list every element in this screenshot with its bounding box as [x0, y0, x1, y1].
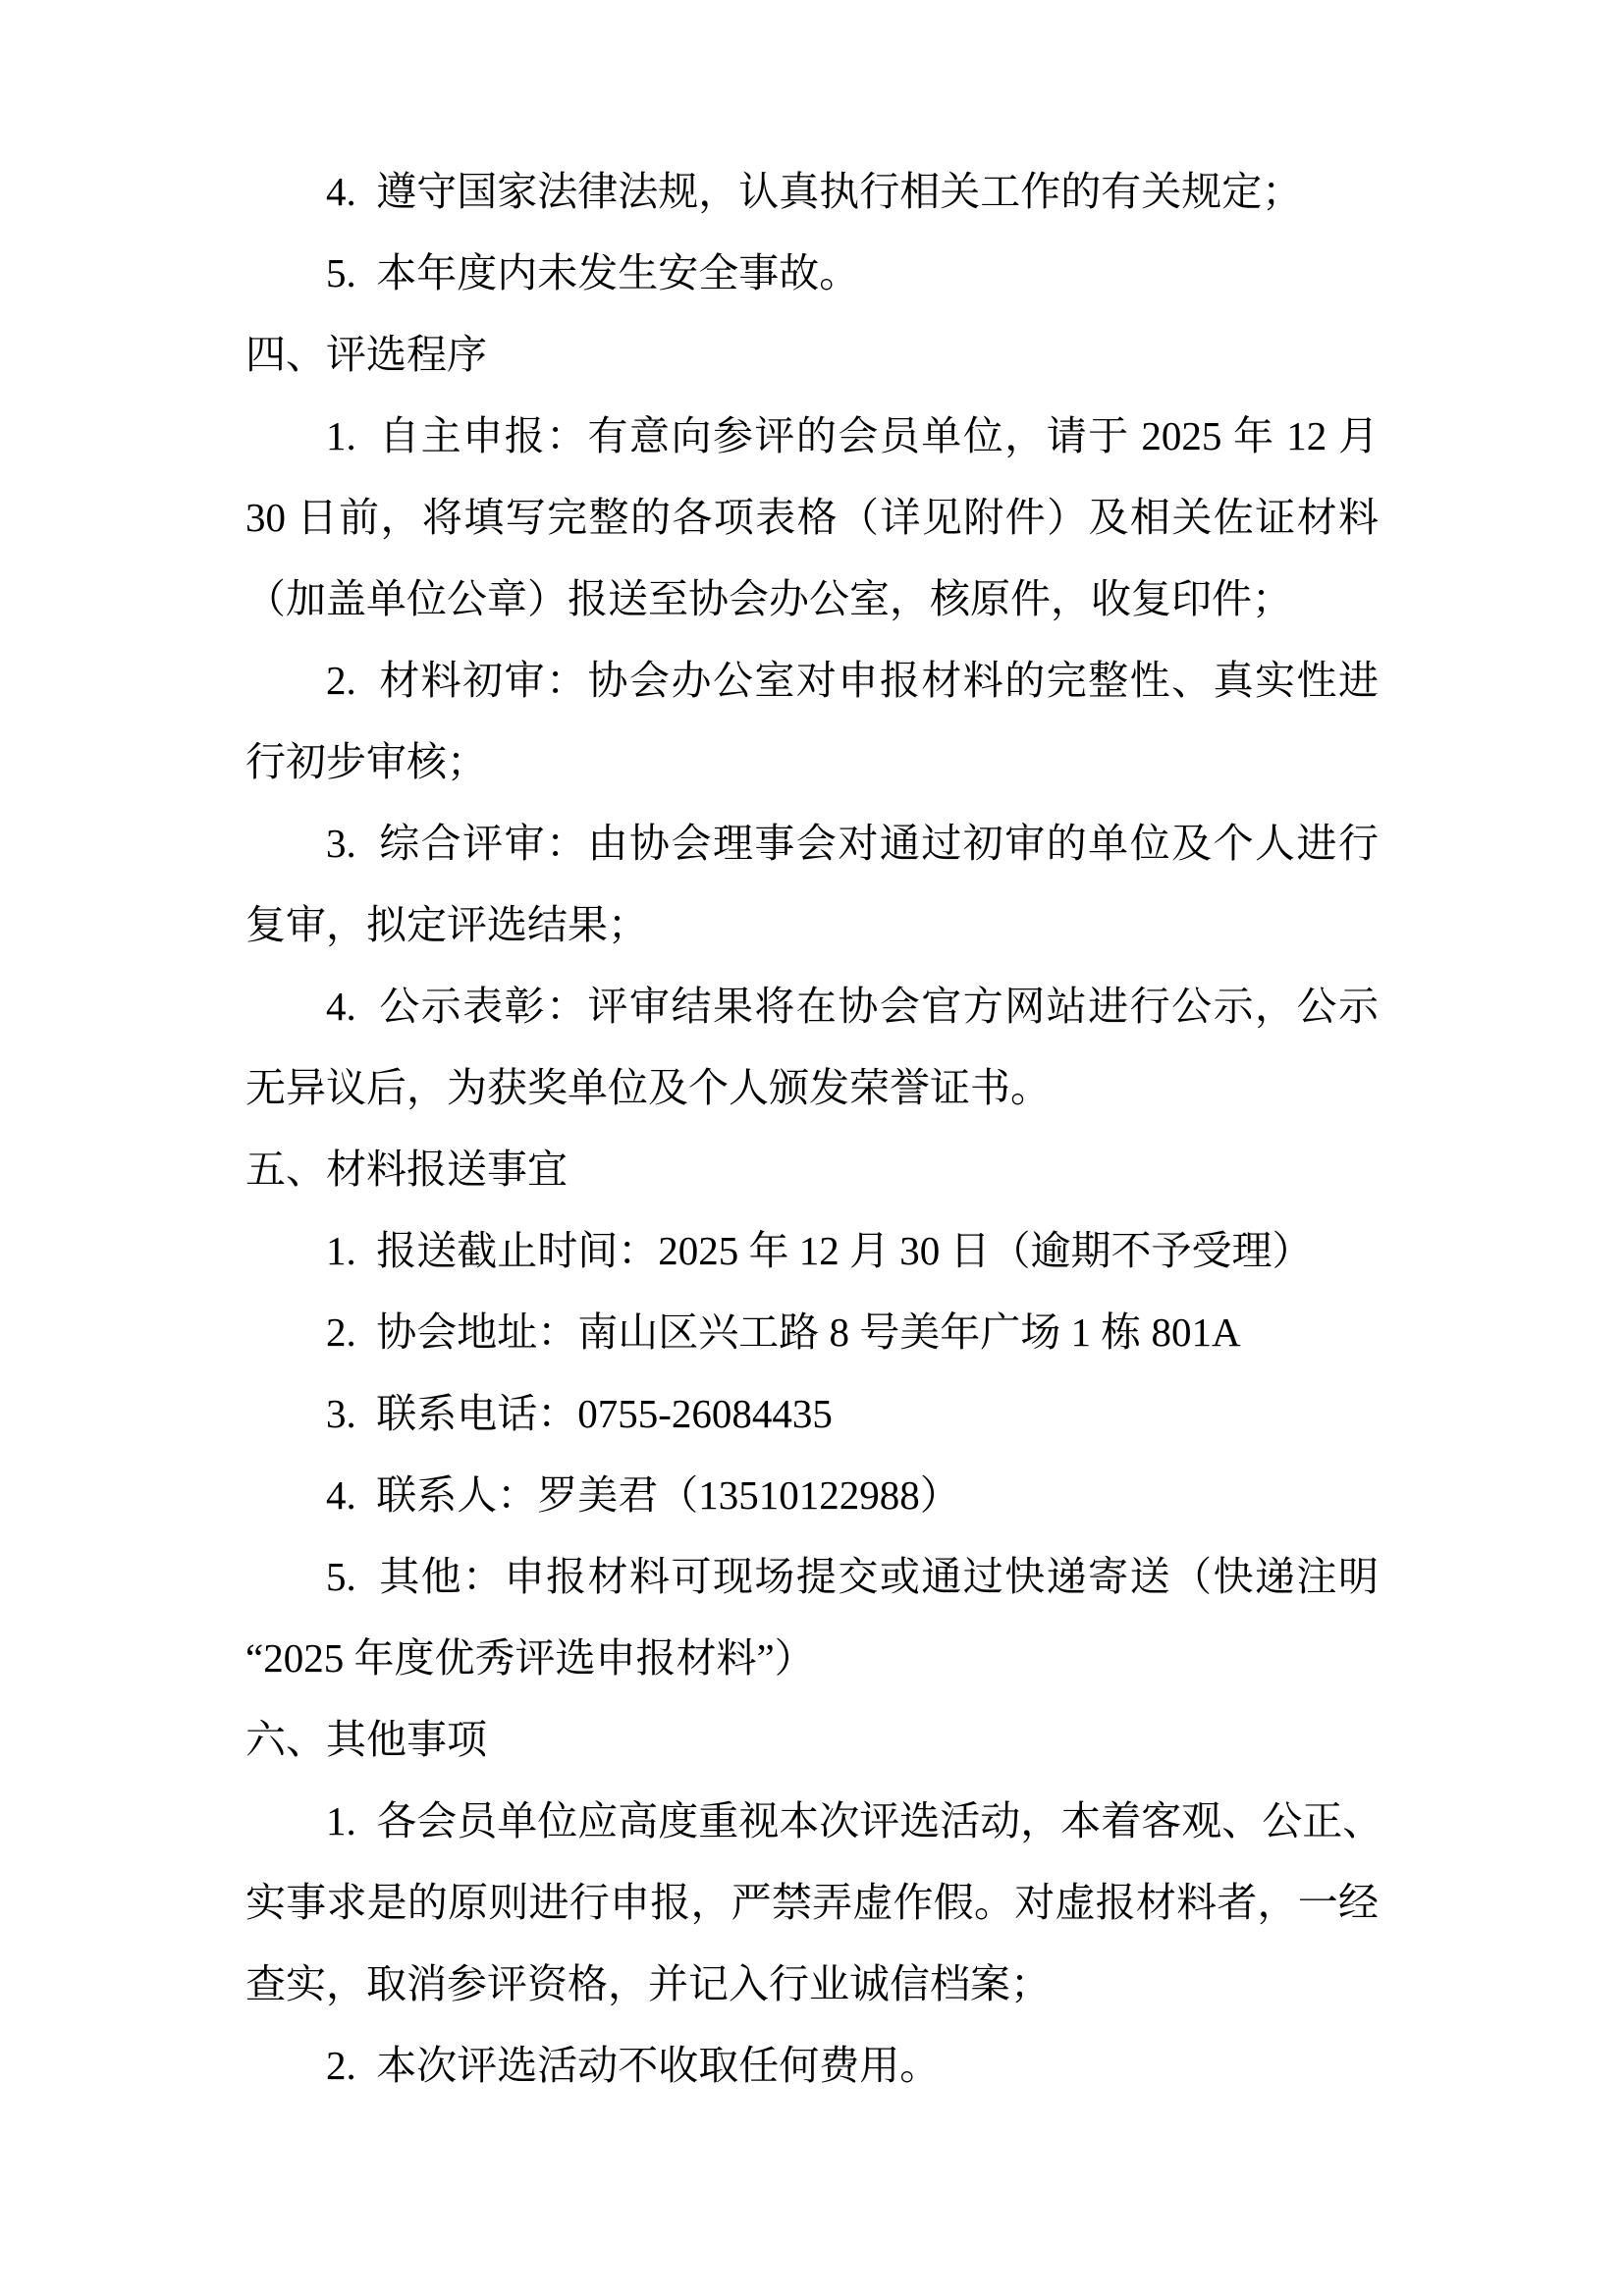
- text-line: 4. 联系人：罗美君（13510122988）: [245, 1455, 1379, 1536]
- text-line: 六、其他事项: [245, 1699, 1379, 1781]
- text-line: 5. 其他：申报材料可现场提交或通过快递寄送（快递注明: [245, 1536, 1379, 1618]
- text-line: 五、材料报送事宜: [245, 1129, 1379, 1210]
- text-line: “2025 年度优秀评选申报材料”）: [245, 1618, 1379, 1699]
- text-line: 行初步审核；: [245, 721, 1379, 803]
- text-line: 实事求是的原则进行申报，严禁弄虚作假。对虚报材料者，一经: [245, 1862, 1379, 1944]
- text-line: 3. 综合评审：由协会理事会对通过初审的单位及个人进行: [245, 803, 1379, 884]
- text-line: 四、评选程序: [245, 314, 1379, 396]
- text-line: 查实，取消参评资格，并记入行业诚信档案；: [245, 1944, 1379, 2025]
- text-line: 无异议后，为获奖单位及个人颁发荣誉证书。: [245, 1047, 1379, 1129]
- text-line: 2. 本次评选活动不收取任何费用。: [245, 2025, 1379, 2107]
- text-line: 1. 各会员单位应高度重视本次评选活动，本着客观、公正、: [245, 1781, 1379, 1862]
- text-line: 30 日前，将填写完整的各项表格（详见附件）及相关佐证材料: [245, 477, 1379, 559]
- text-line: 4. 公示表彰：评审结果将在协会官方网站进行公示，公示: [245, 966, 1379, 1047]
- text-line: 复审，拟定评选结果；: [245, 884, 1379, 966]
- document-body: 4. 遵守国家法律法规，认真执行相关工作的有关规定；5. 本年度内未发生安全事故…: [245, 151, 1379, 2107]
- text-line: 2. 材料初审：协会办公室对申报材料的完整性、真实性进: [245, 640, 1379, 721]
- text-line: 3. 联系电话：0755-26084435: [245, 1373, 1379, 1455]
- text-line: 1. 报送截止时间：2025 年 12 月 30 日（逾期不予受理）: [245, 1210, 1379, 1292]
- text-line: 4. 遵守国家法律法规，认真执行相关工作的有关规定；: [245, 151, 1379, 233]
- text-line: 2. 协会地址：南山区兴工路 8 号美年广场 1 栋 801A: [245, 1292, 1379, 1373]
- text-line: （加盖单位公章）报送至协会办公室，核原件，收复印件；: [245, 559, 1379, 640]
- document-page: 4. 遵守国家法律法规，认真执行相关工作的有关规定；5. 本年度内未发生安全事故…: [0, 0, 1624, 2296]
- text-line: 5. 本年度内未发生安全事故。: [245, 233, 1379, 314]
- text-line: 1. 自主申报：有意向参评的会员单位，请于 2025 年 12 月: [245, 396, 1379, 477]
